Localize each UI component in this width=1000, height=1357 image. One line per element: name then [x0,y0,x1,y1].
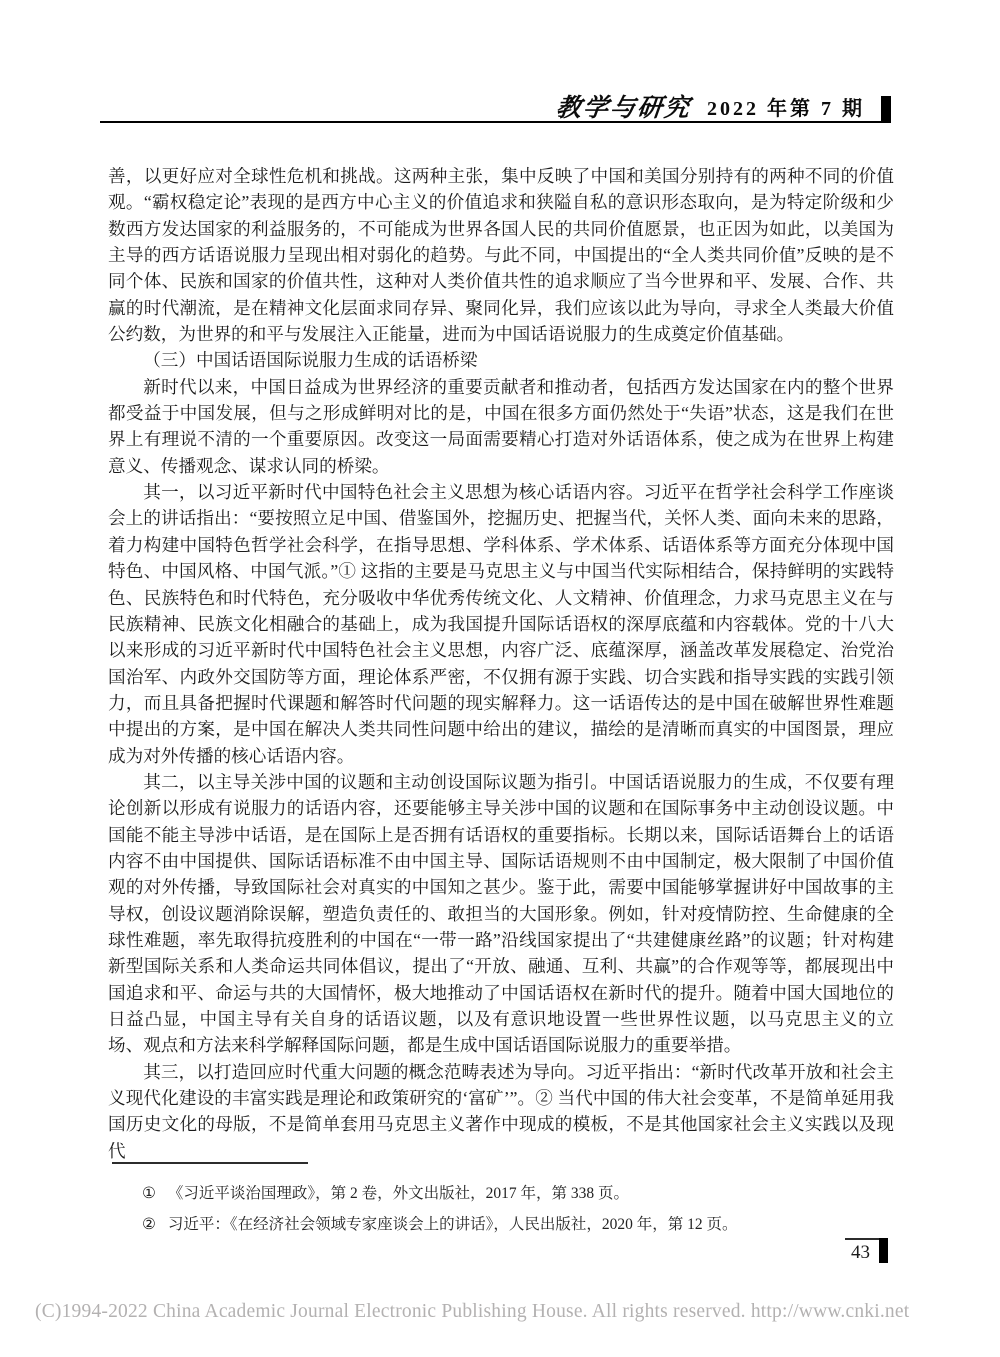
footnote-marker: ② [142,1216,156,1233]
footnote-item: ①《习近平谈治国理政》，第 2 卷，外文出版社，2017 年，第 338 页。 [108,1178,894,1209]
section-heading: （三）中国话语国际说服力生成的话语桥梁 [108,347,894,373]
footnote-text: 《习近平谈治国理政》，第 2 卷，外文出版社，2017 年，第 338 页。 [168,1185,629,1202]
paragraph-continuation: 善，以更好应对全球性危机和挑战。这两种主张，集中反映了中国和美国分别持有的两种不… [108,163,894,347]
journal-header: 教学与研究 2022 年第 7 期 [100,94,891,122]
footnote-divider [112,1162,308,1164]
paragraph: 其二，以主导关涉中国的议题和主动创设国际议题为指引。中国话语说服力的生成，不仅要… [108,769,894,1059]
paragraph: 其一，以习近平新时代中国特色社会主义思想为核心话语内容。习近平在哲学社会科学工作… [108,479,894,769]
journal-issue-label: 2022 年第 7 期 [707,96,865,122]
header-accent-bar [881,96,891,122]
header-rule [100,121,891,123]
paragraph: 其三，以打造回应时代重大问题的概念范畴表述为导向。习近平指出：“新时代改革开放和… [108,1059,894,1164]
journal-name: 教学与研究 [555,96,693,122]
paragraph: 新时代以来，中国日益成为世界经济的重要贡献者和推动者，包括西方发达国家在内的整个… [108,374,894,479]
footnote-list: ①《习近平谈治国理政》，第 2 卷，外文出版社，2017 年，第 338 页。 … [108,1178,894,1240]
footnote-item: ②习近平：《在经济社会领域专家座谈会上的讲话》，人民出版社，2020 年，第 1… [108,1209,894,1240]
page-number-overline [845,1238,879,1240]
journal-page-scan: 教学与研究 2022 年第 7 期 善，以更好应对全球性危机和挑战。这两种主张，… [0,0,1000,1357]
page-number-accent-bar [879,1238,888,1263]
article-body: 善，以更好应对全球性危机和挑战。这两种主张，集中反映了中国和美国分别持有的两种不… [108,163,894,1164]
footnote-marker: ① [142,1185,156,1202]
copyright-footer: (C)1994-2022 China Academic Journal Elec… [35,1300,965,1324]
page-number-block: 43 [845,1238,893,1266]
footnote-text: 习近平：《在经济社会领域专家座谈会上的讲话》，人民出版社，2020 年，第 12… [168,1216,738,1233]
page-number: 43 [851,1241,870,1265]
